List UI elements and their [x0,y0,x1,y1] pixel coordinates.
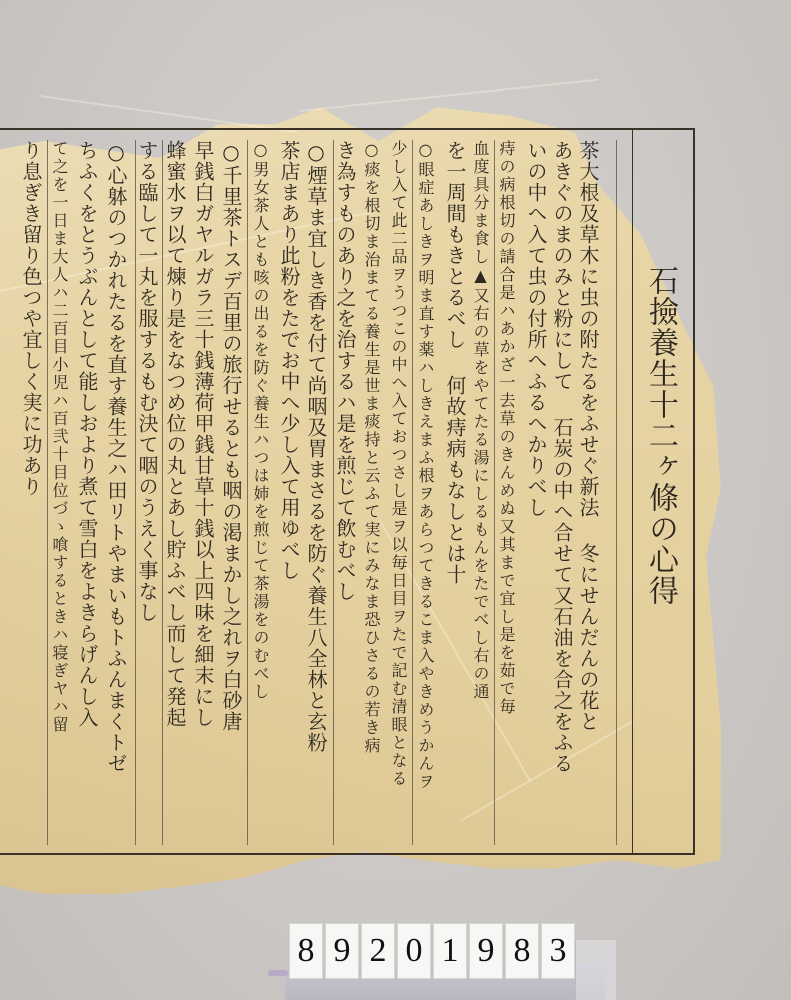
label-digit: 2 [361,923,395,979]
label-digit: 9 [469,923,503,979]
text-column: 茶大根及草木に虫の附たるをふせぐ新法 冬にせんだんの花と [575,140,601,840]
text-column: ○煙草ま宜しき香を付て尚咽及胃まさるを防ぐ養生八全林と玄粉 [303,140,329,840]
label-digit: 0 [397,923,431,979]
label-clip [268,970,288,976]
document-title: 石撿養生十二ヶ條の心得 [640,265,680,625]
text-column: 少し入て此二品ヲうつこの中へ入ておつさし是ヲ以毎日目ヲたで記む清眼となる [385,140,411,840]
text-column: する臨して一丸を服するもむ決て咽のうえく事なし [134,140,160,840]
title-divider-rule [632,130,633,853]
catalog-number-label: 8 9 2 0 1 9 8 3 [289,923,575,979]
text-column: て之を一日ま大人ハ二百目小児ハ百弐十目位づゝ喰するときハ寝ぎヤハ留 [46,140,72,840]
text-column: いの中へ入て虫の付所へふるへかりべし [523,140,549,840]
acrylic-stand [575,940,616,1000]
text-column: ○眼症あしきヲ明ま直す薬ハしきえまふ根ヲあらつてきるこま入やきめうかんヲ [412,140,438,840]
text-column: を一周間もきとるべし 何故痔病もなしとは十 [442,140,468,840]
label-digit: 1 [433,923,467,979]
text-column: ○千里茶トスデ百里の旅行せるとも咽の渇まかし之れヲ白砂唐 [218,140,244,840]
text-column: 痔の病根切の請合是ハあかざ一去草のきんめぬ又其まで宜し是を茹で毎 [493,140,519,840]
text-column: 蜂蜜水ヲ以て煉り是をなつめ位の丸とあし貯ふべし而して発起 [162,140,188,840]
label-digit: 3 [541,923,575,979]
label-digit: 9 [325,923,359,979]
text-column: ○痰を根切ま治まてる養生是世ま痰持と云ふて実にみなま恐ひさるの若き病 [358,140,384,840]
label-digit: 8 [505,923,539,979]
label-digit: 8 [289,923,323,979]
text-column: 茶店まあり此粉をたでお中へ少し入て用ゆべし [276,140,302,840]
text-column: あきぐのまのみと粉にして 石炭の中へ合せて又石油を合之をふる [549,140,575,840]
text-column: ○男女茶人とも咳の出るを防ぐ養生ハつは姉を煎じて茶湯をのむべし [247,140,273,840]
text-column: 血度具分ま食し▲又右の草をやてたる湯にしるもんをたでべし右の通 [467,140,493,840]
text-column: ちふくをとうぶんとして能しおより煮て雪白をよきらげんし入 [74,140,100,840]
column-divider-rule [616,140,617,845]
text-column: り息ぎき留り色つや宜しく実に功あり [18,140,44,840]
text-column: 早銭白ガヤルガラ三十銭薄荷甲銭甘草十銭以上四味を細末にし [190,140,216,840]
text-column: ○心躰のつかれたるを直す養生之ハ田リトやまいもトふんまくトゼ [103,140,129,840]
text-column: き為すものあり之を治するハ是を煎じて飲むべし [332,140,358,840]
